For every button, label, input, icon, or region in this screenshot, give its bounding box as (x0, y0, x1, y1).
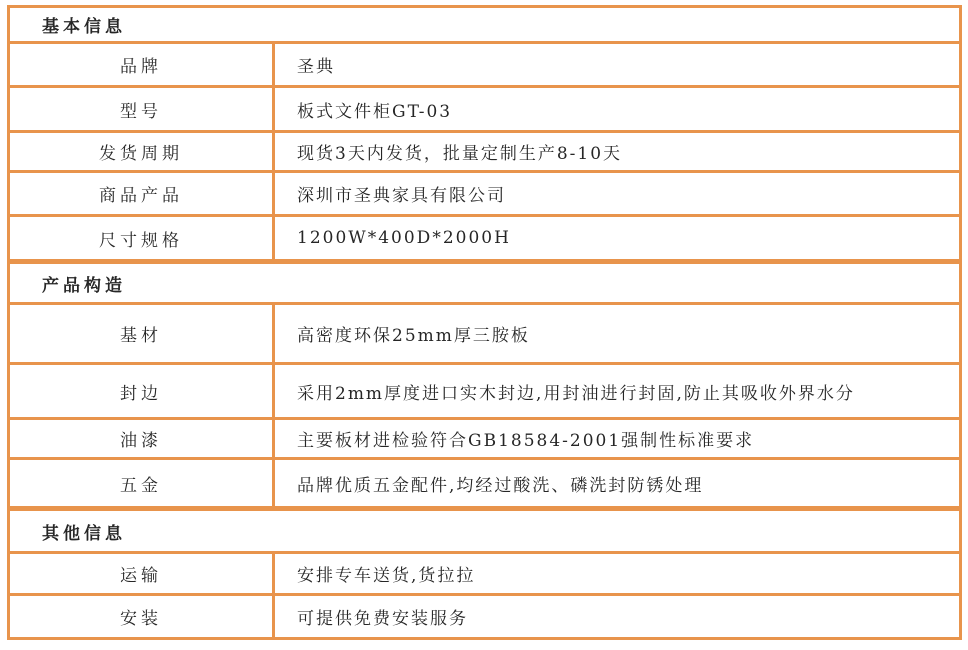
row-value-hardware: 品牌优质五金配件,均经过酸洗、磷洗封防锈处理 (274, 459, 961, 509)
row-value-brand: 圣典 (274, 43, 961, 87)
product-spec-table: 基本信息 品牌 圣典 型号 板式文件柜GT-03 发货周期 现货3天内发货，批量… (7, 5, 962, 640)
row-label-paint: 油漆 (9, 419, 274, 459)
section-header-other-info: 其他信息 (9, 509, 961, 553)
row-value-delivery-cycle: 现货3天内发货，批量定制生产8-10天 (274, 132, 961, 172)
section-row-construction: 产品构造 (9, 262, 961, 304)
row-label-transport: 运输 (9, 553, 274, 595)
section-row-other-info: 其他信息 (9, 509, 961, 553)
table-row-hardware: 五金 品牌优质五金配件,均经过酸洗、磷洗封防锈处理 (9, 459, 961, 509)
table-row-manufacturer: 商品产品 深圳市圣典家具有限公司 (9, 172, 961, 216)
row-label-dimensions: 尺寸规格 (9, 216, 274, 262)
row-label-hardware: 五金 (9, 459, 274, 509)
row-label-delivery-cycle: 发货周期 (9, 132, 274, 172)
row-label-installation: 安装 (9, 595, 274, 639)
row-label-model: 型号 (9, 87, 274, 132)
section-header-basic-info: 基本信息 (9, 7, 961, 43)
row-value-transport: 安排专车送货,货拉拉 (274, 553, 961, 595)
row-value-model: 板式文件柜GT-03 (274, 87, 961, 132)
row-value-paint: 主要板材进检验符合GB18584-2001强制性标准要求 (274, 419, 961, 459)
row-label-base-material: 基材 (9, 304, 274, 364)
row-label-manufacturer: 商品产品 (9, 172, 274, 216)
table-row-brand: 品牌 圣典 (9, 43, 961, 87)
table-row-model: 型号 板式文件柜GT-03 (9, 87, 961, 132)
table-row-transport: 运输 安排专车送货,货拉拉 (9, 553, 961, 595)
row-value-manufacturer: 深圳市圣典家具有限公司 (274, 172, 961, 216)
table-row-installation: 安装 可提供免费安装服务 (9, 595, 961, 639)
row-value-edge-banding: 采用2mm厚度进口实木封边,用封油进行封固,防止其吸收外界水分 (274, 364, 961, 419)
table-row-dimensions: 尺寸规格 1200W*400D*2000H (9, 216, 961, 262)
row-label-edge-banding: 封边 (9, 364, 274, 419)
row-value-installation: 可提供免费安装服务 (274, 595, 961, 639)
product-spec-page: 基本信息 品牌 圣典 型号 板式文件柜GT-03 发货周期 现货3天内发货，批量… (0, 0, 968, 650)
section-header-construction: 产品构造 (9, 262, 961, 304)
table-row-delivery-cycle: 发货周期 现货3天内发货，批量定制生产8-10天 (9, 132, 961, 172)
section-row-basic-info: 基本信息 (9, 7, 961, 43)
row-value-dimensions: 1200W*400D*2000H (274, 216, 961, 262)
table-row-edge-banding: 封边 采用2mm厚度进口实木封边,用封油进行封固,防止其吸收外界水分 (9, 364, 961, 419)
row-value-base-material: 高密度环保25mm厚三胺板 (274, 304, 961, 364)
table-row-base-material: 基材 高密度环保25mm厚三胺板 (9, 304, 961, 364)
table-row-paint: 油漆 主要板材进检验符合GB18584-2001强制性标准要求 (9, 419, 961, 459)
row-label-brand: 品牌 (9, 43, 274, 87)
